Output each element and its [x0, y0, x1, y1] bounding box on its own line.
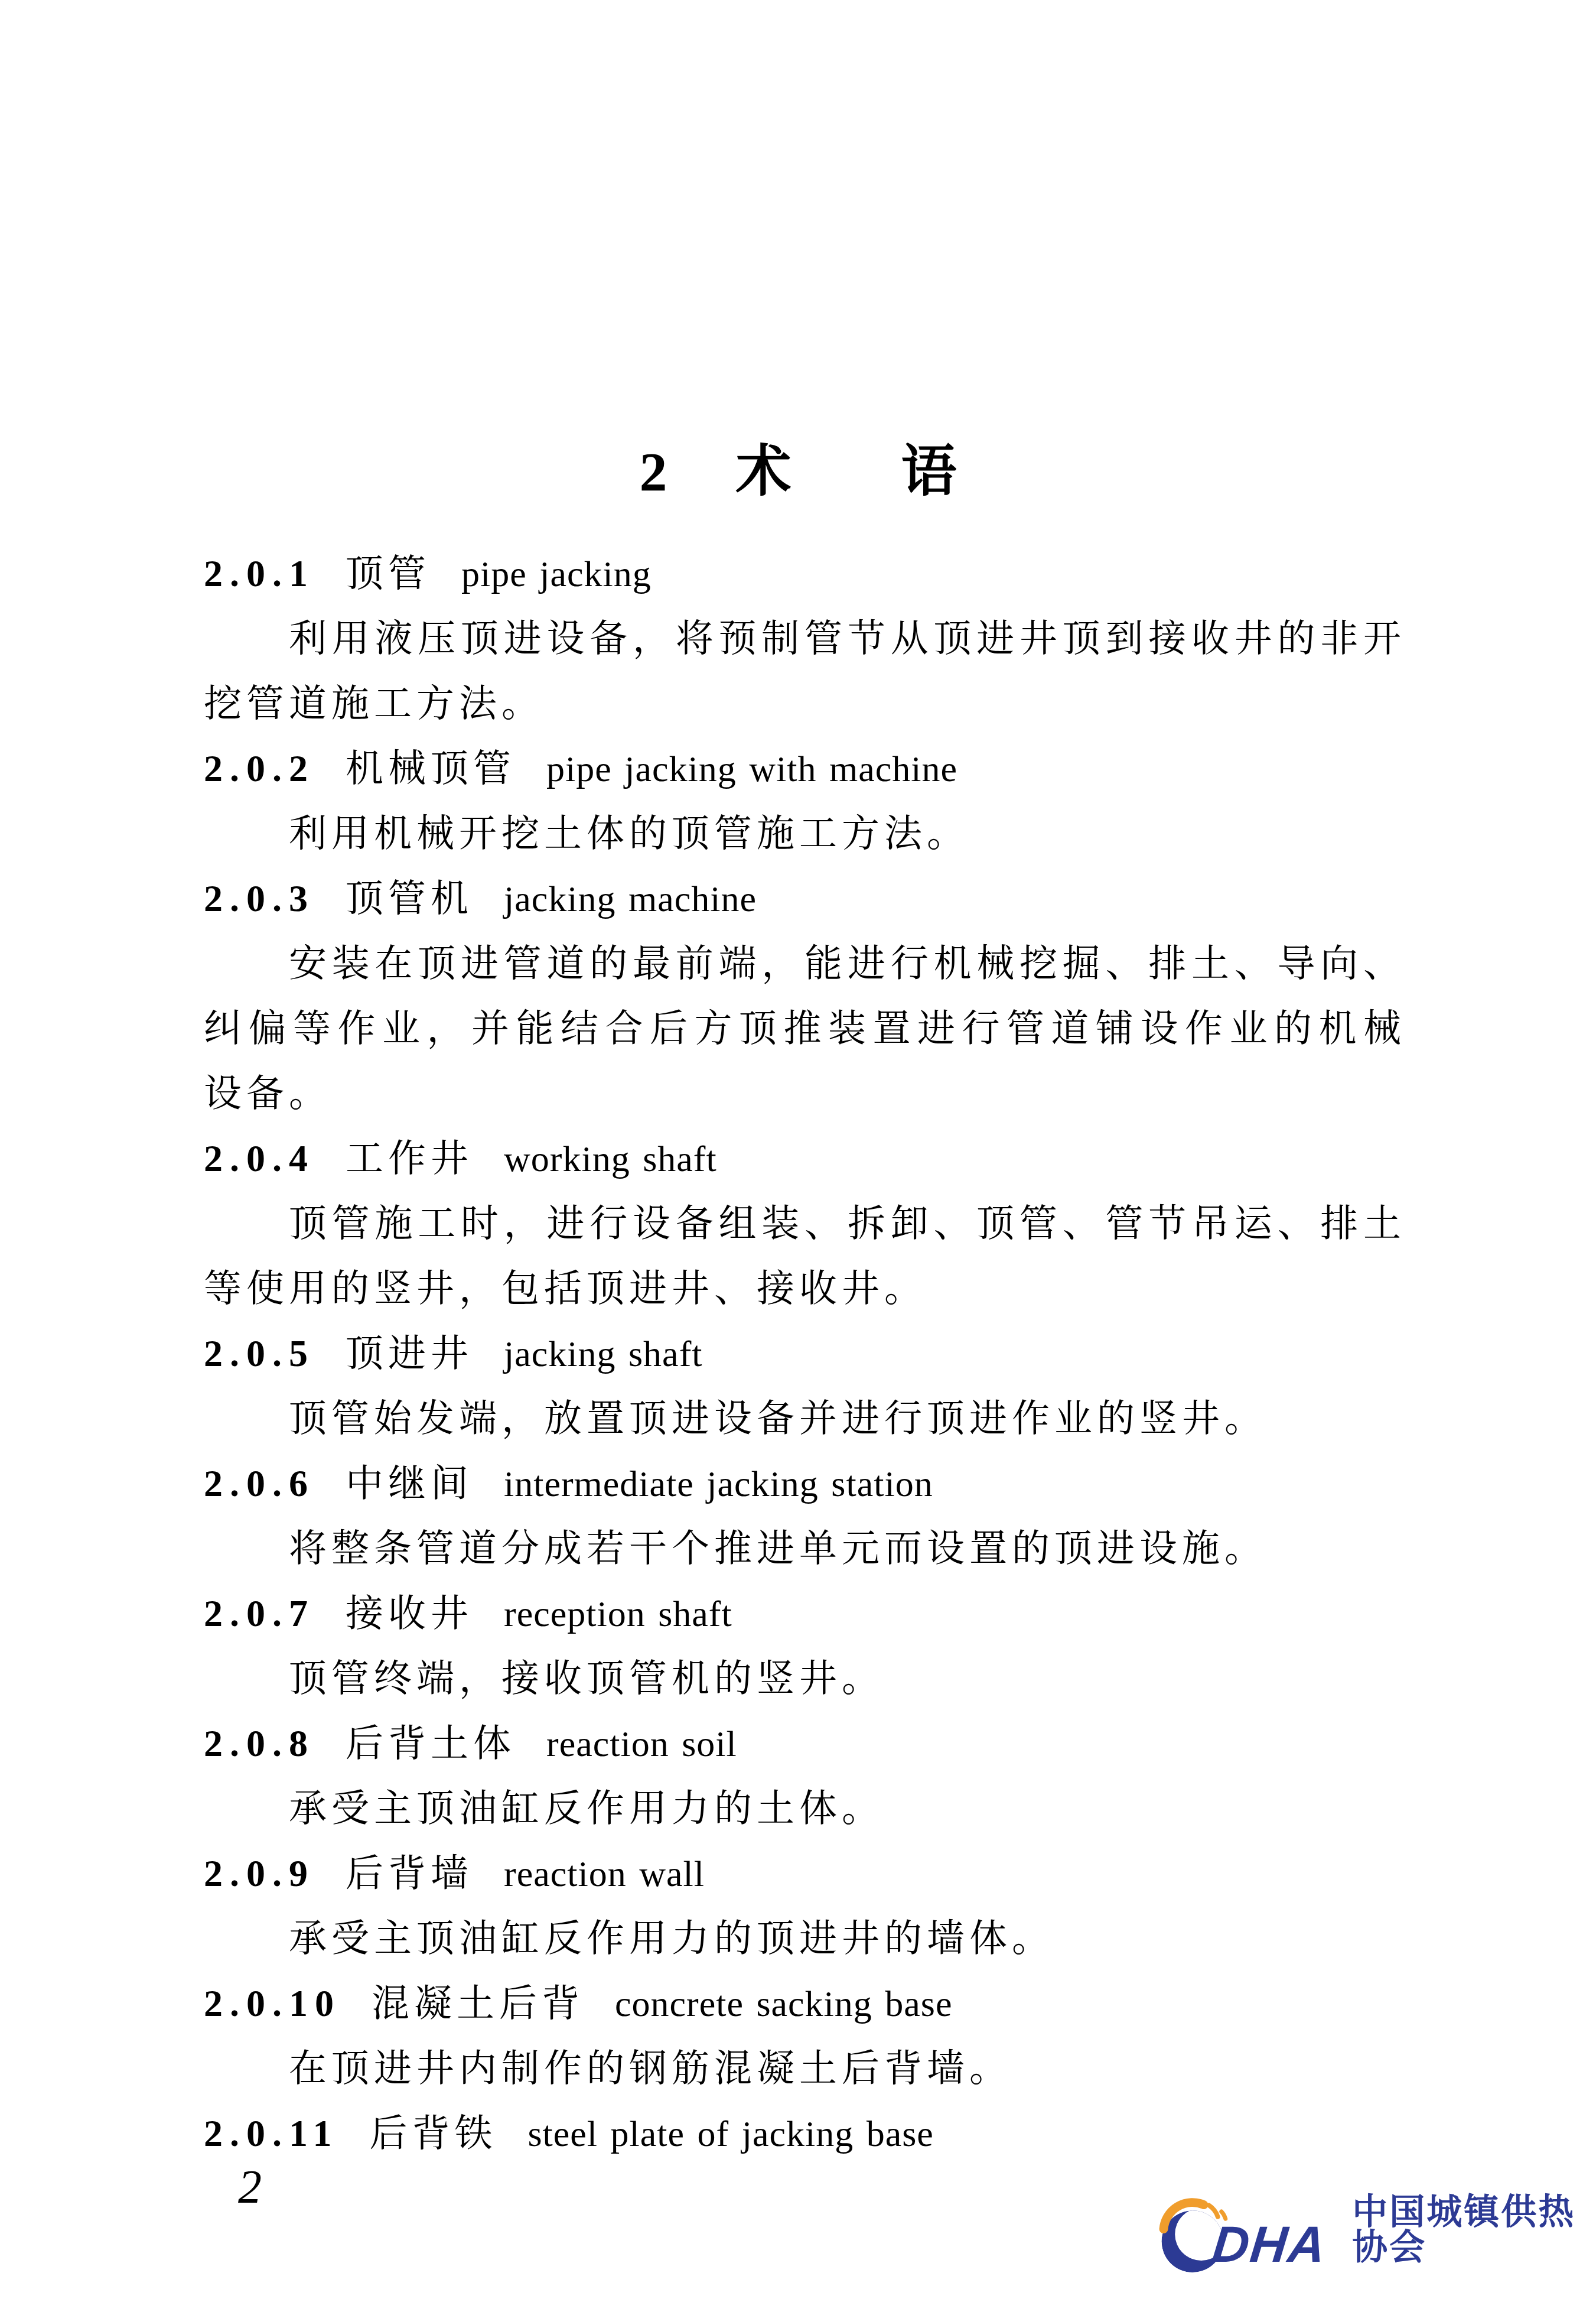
term-heading: 2.0.8后背土体reaction soil: [204, 1711, 1406, 1776]
chapter-title: 2 术 语: [0, 444, 1596, 500]
definition-line: 顶管施工时，进行设备组装、拆卸、顶管、管节吊运、排土: [204, 1191, 1406, 1256]
term-number: 2.0.8: [204, 1722, 315, 1764]
definition-line: 等使用的竖井，包括顶进井、接收井。: [204, 1256, 1406, 1321]
term-english: reception shaft: [504, 1594, 732, 1634]
term-number: 2.0.1: [204, 552, 315, 594]
term-heading: 2.0.1顶管pipe jacking: [204, 541, 1406, 606]
definition-line: 将整条管道分成若干个推进单元而设置的顶进设施。: [204, 1516, 1406, 1581]
term-heading: 2.0.4工作井working shaft: [204, 1126, 1406, 1191]
term-chinese: 中继间: [346, 1462, 473, 1504]
term-english: steel plate of jacking base: [527, 2114, 933, 2154]
term-english: working shaft: [504, 1139, 717, 1179]
term-number: 2.0.2: [204, 747, 315, 789]
definition-line: 顶管终端，接收顶管机的竖井。: [204, 1646, 1406, 1711]
term-number: 2.0.10: [204, 1982, 341, 2024]
logo-abbr-text: DHA: [1210, 2219, 1328, 2270]
chapter-number: 2: [639, 444, 667, 500]
term-number: 2.0.3: [204, 877, 315, 919]
document-page: 2 术 语 2.0.1顶管pipe jacking 利用液压顶进设备，将预制管节…: [0, 0, 1596, 2312]
term-heading: 2.0.6中继间intermediate jacking station: [204, 1451, 1406, 1516]
term-english: reaction wall: [504, 1854, 705, 1894]
definition-line: 顶管始发端，放置顶进设备并进行顶进作业的竖井。: [204, 1386, 1406, 1451]
terminology-list: 2.0.1顶管pipe jacking 利用液压顶进设备，将预制管节从顶进井顶到…: [204, 541, 1406, 2166]
term-english: jacking machine: [504, 879, 757, 919]
definition-line: 纠偏等作业，并能结合后方顶推装置进行管道铺设作业的机械: [204, 996, 1406, 1061]
term-number: 2.0.5: [204, 1332, 315, 1374]
term-chinese: 顶管: [346, 552, 431, 594]
definition-line: 在顶进井内制作的钢筋混凝土后背墙。: [204, 2036, 1406, 2101]
definition-line: 利用液压顶进设备，将预制管节从顶进井顶到接收井的非开: [204, 606, 1406, 671]
term-heading: 2.0.5顶进井jacking shaft: [204, 1321, 1406, 1386]
term-english: intermediate jacking station: [504, 1464, 933, 1504]
term-english: jacking shaft: [504, 1334, 703, 1374]
term-number: 2.0.9: [204, 1852, 315, 1894]
definition-line: 挖管道施工方法。: [204, 671, 1406, 736]
definition-line: 承受主顶油缸反作用力的顶进井的墙体。: [204, 1906, 1406, 1971]
term-heading: 2.0.3顶管机jacking machine: [204, 866, 1406, 931]
term-english: concrete sacking base: [615, 1984, 953, 2024]
term-chinese: 混凝土后背: [372, 1982, 584, 2024]
term-chinese: 机械顶管: [346, 747, 516, 789]
term-english: reaction soil: [546, 1724, 737, 1764]
definition-line: 利用机械开挖土体的顶管施工方法。: [204, 801, 1406, 866]
definition-line: 安装在顶进管道的最前端，能进行机械挖掘、排土、导向、: [204, 931, 1406, 996]
term-number: 2.0.7: [204, 1592, 315, 1634]
term-number: 2.0.11: [204, 2112, 338, 2154]
term-heading: 2.0.2机械顶管pipe jacking with machine: [204, 736, 1406, 801]
term-chinese: 顶管机: [346, 877, 473, 919]
term-heading: 2.0.7接收井reception shaft: [204, 1581, 1406, 1646]
definition-line: 设备。: [204, 1061, 1406, 1126]
term-number: 2.0.4: [204, 1137, 315, 1179]
term-number: 2.0.6: [204, 1462, 315, 1504]
term-english: pipe jacking with machine: [546, 749, 957, 789]
logo-org-name: 中国城镇供热协会: [1352, 2194, 1596, 2265]
term-chinese: 后背铁: [369, 2112, 497, 2154]
term-chinese: 接收井: [346, 1592, 473, 1634]
term-heading: 2.0.9后背墙reaction wall: [204, 1841, 1406, 1906]
term-heading: 2.0.10混凝土后背concrete sacking base: [204, 1971, 1406, 2036]
term-heading: 2.0.11后背铁steel plate of jacking base: [204, 2101, 1406, 2166]
term-english: pipe jacking: [461, 554, 652, 594]
term-chinese: 顶进井: [346, 1332, 473, 1374]
chapter-title-char-1: 术: [735, 444, 791, 500]
definition-line: 承受主顶油缸反作用力的土体。: [204, 1776, 1406, 1841]
term-chinese: 后背土体: [346, 1722, 516, 1764]
chapter-title-char-2: 语: [901, 444, 957, 500]
page-number: 2: [238, 2164, 262, 2211]
term-chinese: 后背墙: [346, 1852, 473, 1894]
cdha-logo: DHA 中国城镇供热协会: [1155, 2189, 1596, 2283]
term-chinese: 工作井: [346, 1137, 473, 1179]
